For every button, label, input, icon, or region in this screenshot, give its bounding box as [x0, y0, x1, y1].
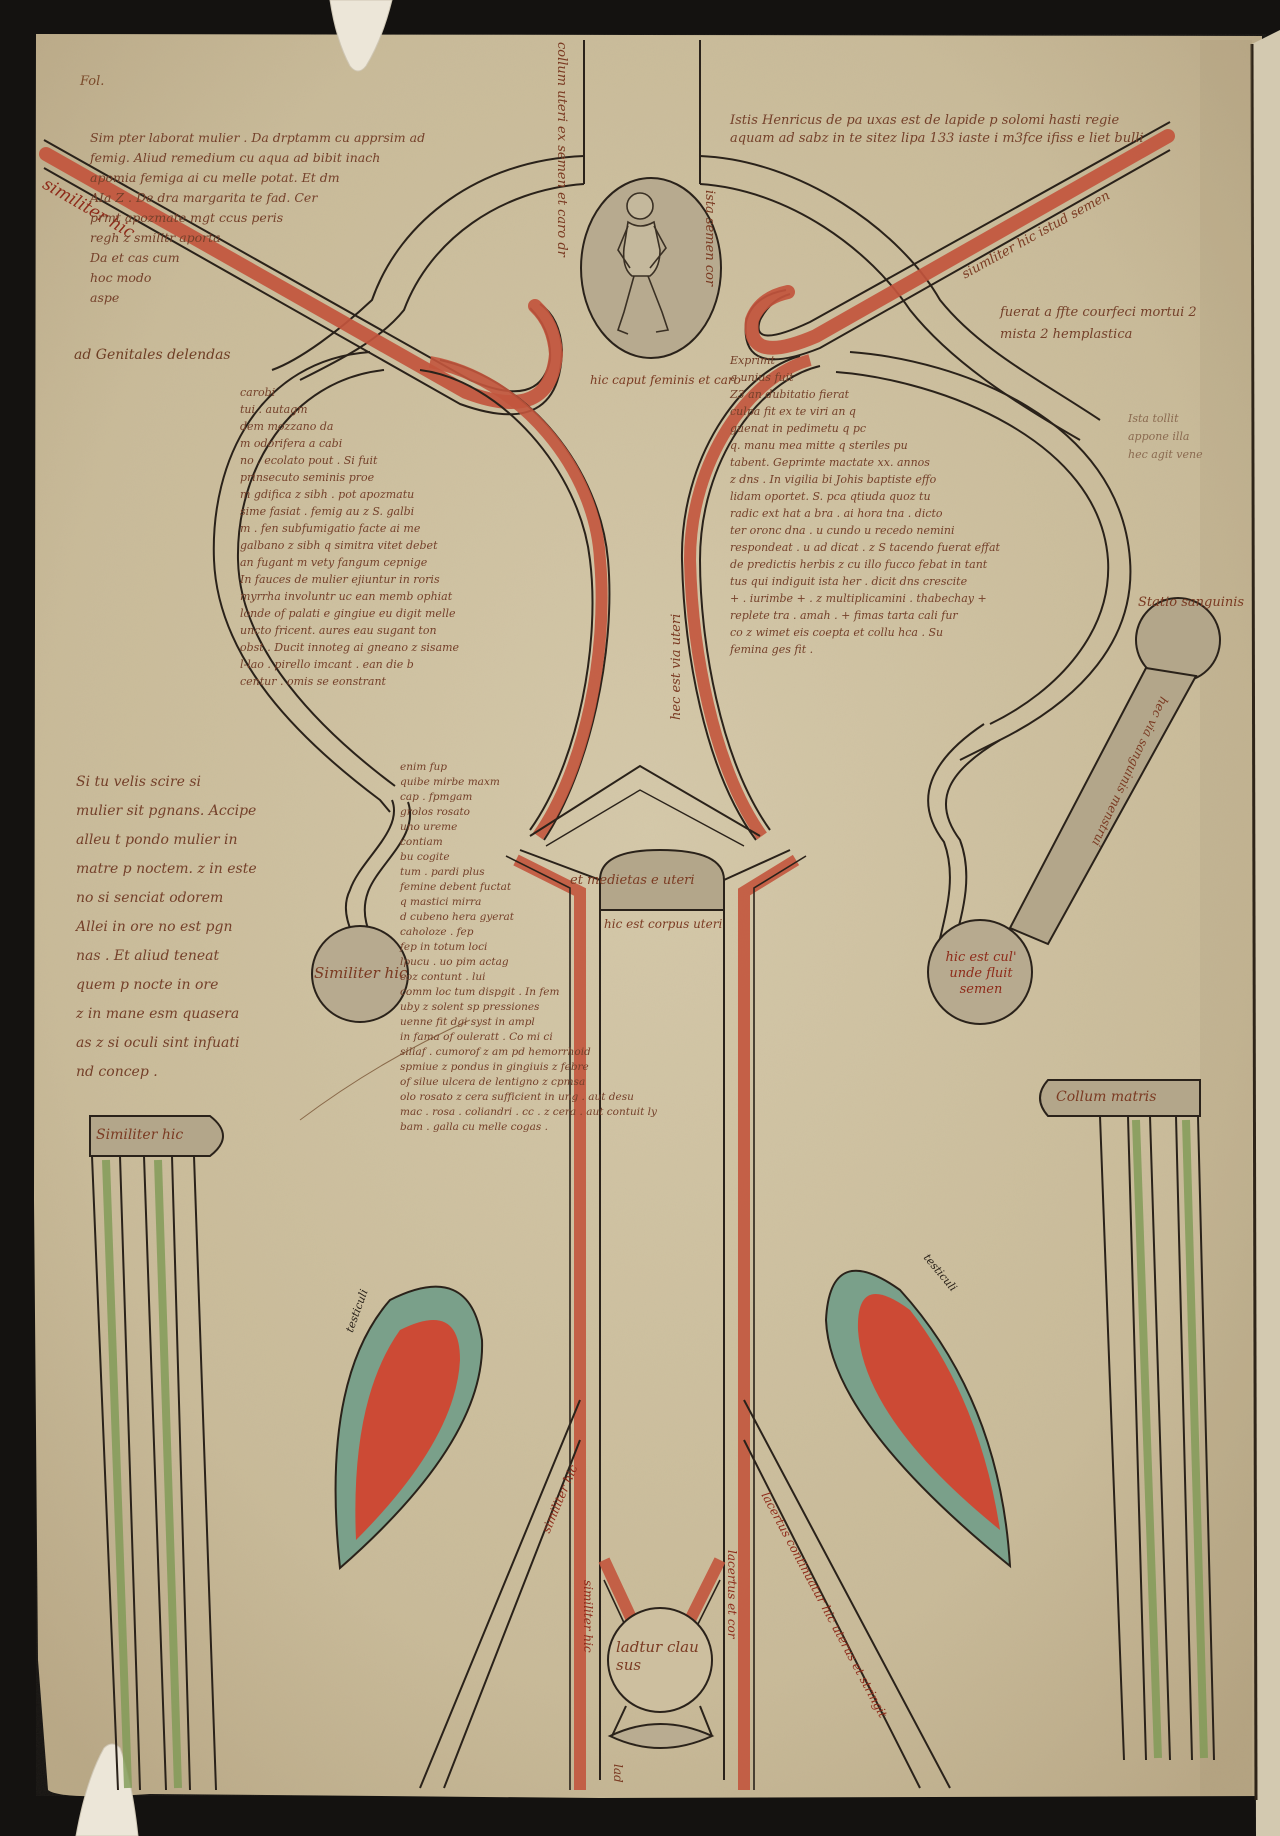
label-medietas: et medietas e uteri [570, 874, 695, 887]
label-right-circle: hic est cul' unde fluit semen [936, 950, 1026, 998]
label-lower-center-left: similiter hic [582, 1580, 594, 1653]
label-right-column-cap: Collum matris [1056, 1090, 1156, 1104]
text-block-top-left: Sim pter laborat mulier . Da drptamm cu … [90, 128, 425, 308]
label-fetus-caption: hic caput feminis et caro [590, 374, 741, 386]
label-via-uteri: hec est via uteri [670, 614, 683, 720]
folio-mark: Fol. [80, 74, 104, 89]
label-collum: collum uteri ex semen et caro dr [555, 42, 568, 257]
label-bottom-lad: lad [612, 1764, 624, 1783]
text-block-right-side: fuerat a ffte courfeci mortui 2 mista 2 … [1000, 302, 1200, 346]
label-lower-center-right: lacertus et cor [726, 1550, 738, 1639]
text-block-top-right: Istis Henricus de pa uxas est de lapide … [730, 112, 1150, 148]
label-left-circle: Similiter hic [314, 966, 407, 981]
label-bottom-circle: ladtur clau sus [616, 1638, 712, 1674]
text-block-left-margin: Si tu velis scire si mulier sit pgnans. … [76, 768, 257, 1087]
text-right-margin-faint: Ista tollit appone illa hec agit vene [1128, 410, 1208, 464]
label-station: Statio sanguinis [1138, 596, 1244, 609]
fetus-oval [581, 178, 721, 358]
label-corpus-uteri: hic est corpus uteri [604, 918, 722, 930]
label-semen-cor: ista semen cor [703, 190, 716, 286]
manuscript-page: Fol. similiter hic siumliter hic istud s… [0, 0, 1280, 1836]
text-block-center-left: enim fup quibe mirbe maxm cap . fpmgam g… [400, 760, 657, 1135]
text-block-left-chamber: carobi tui . autagm dem mozzano da m odo… [240, 384, 459, 690]
label-left-column-cap: Similiter hic [96, 1128, 183, 1142]
label-genitales: ad Genitales delendas [74, 348, 231, 362]
text-block-right-chamber: Exprimt q unius fuit Z3 an dubitatio fie… [730, 352, 1000, 658]
